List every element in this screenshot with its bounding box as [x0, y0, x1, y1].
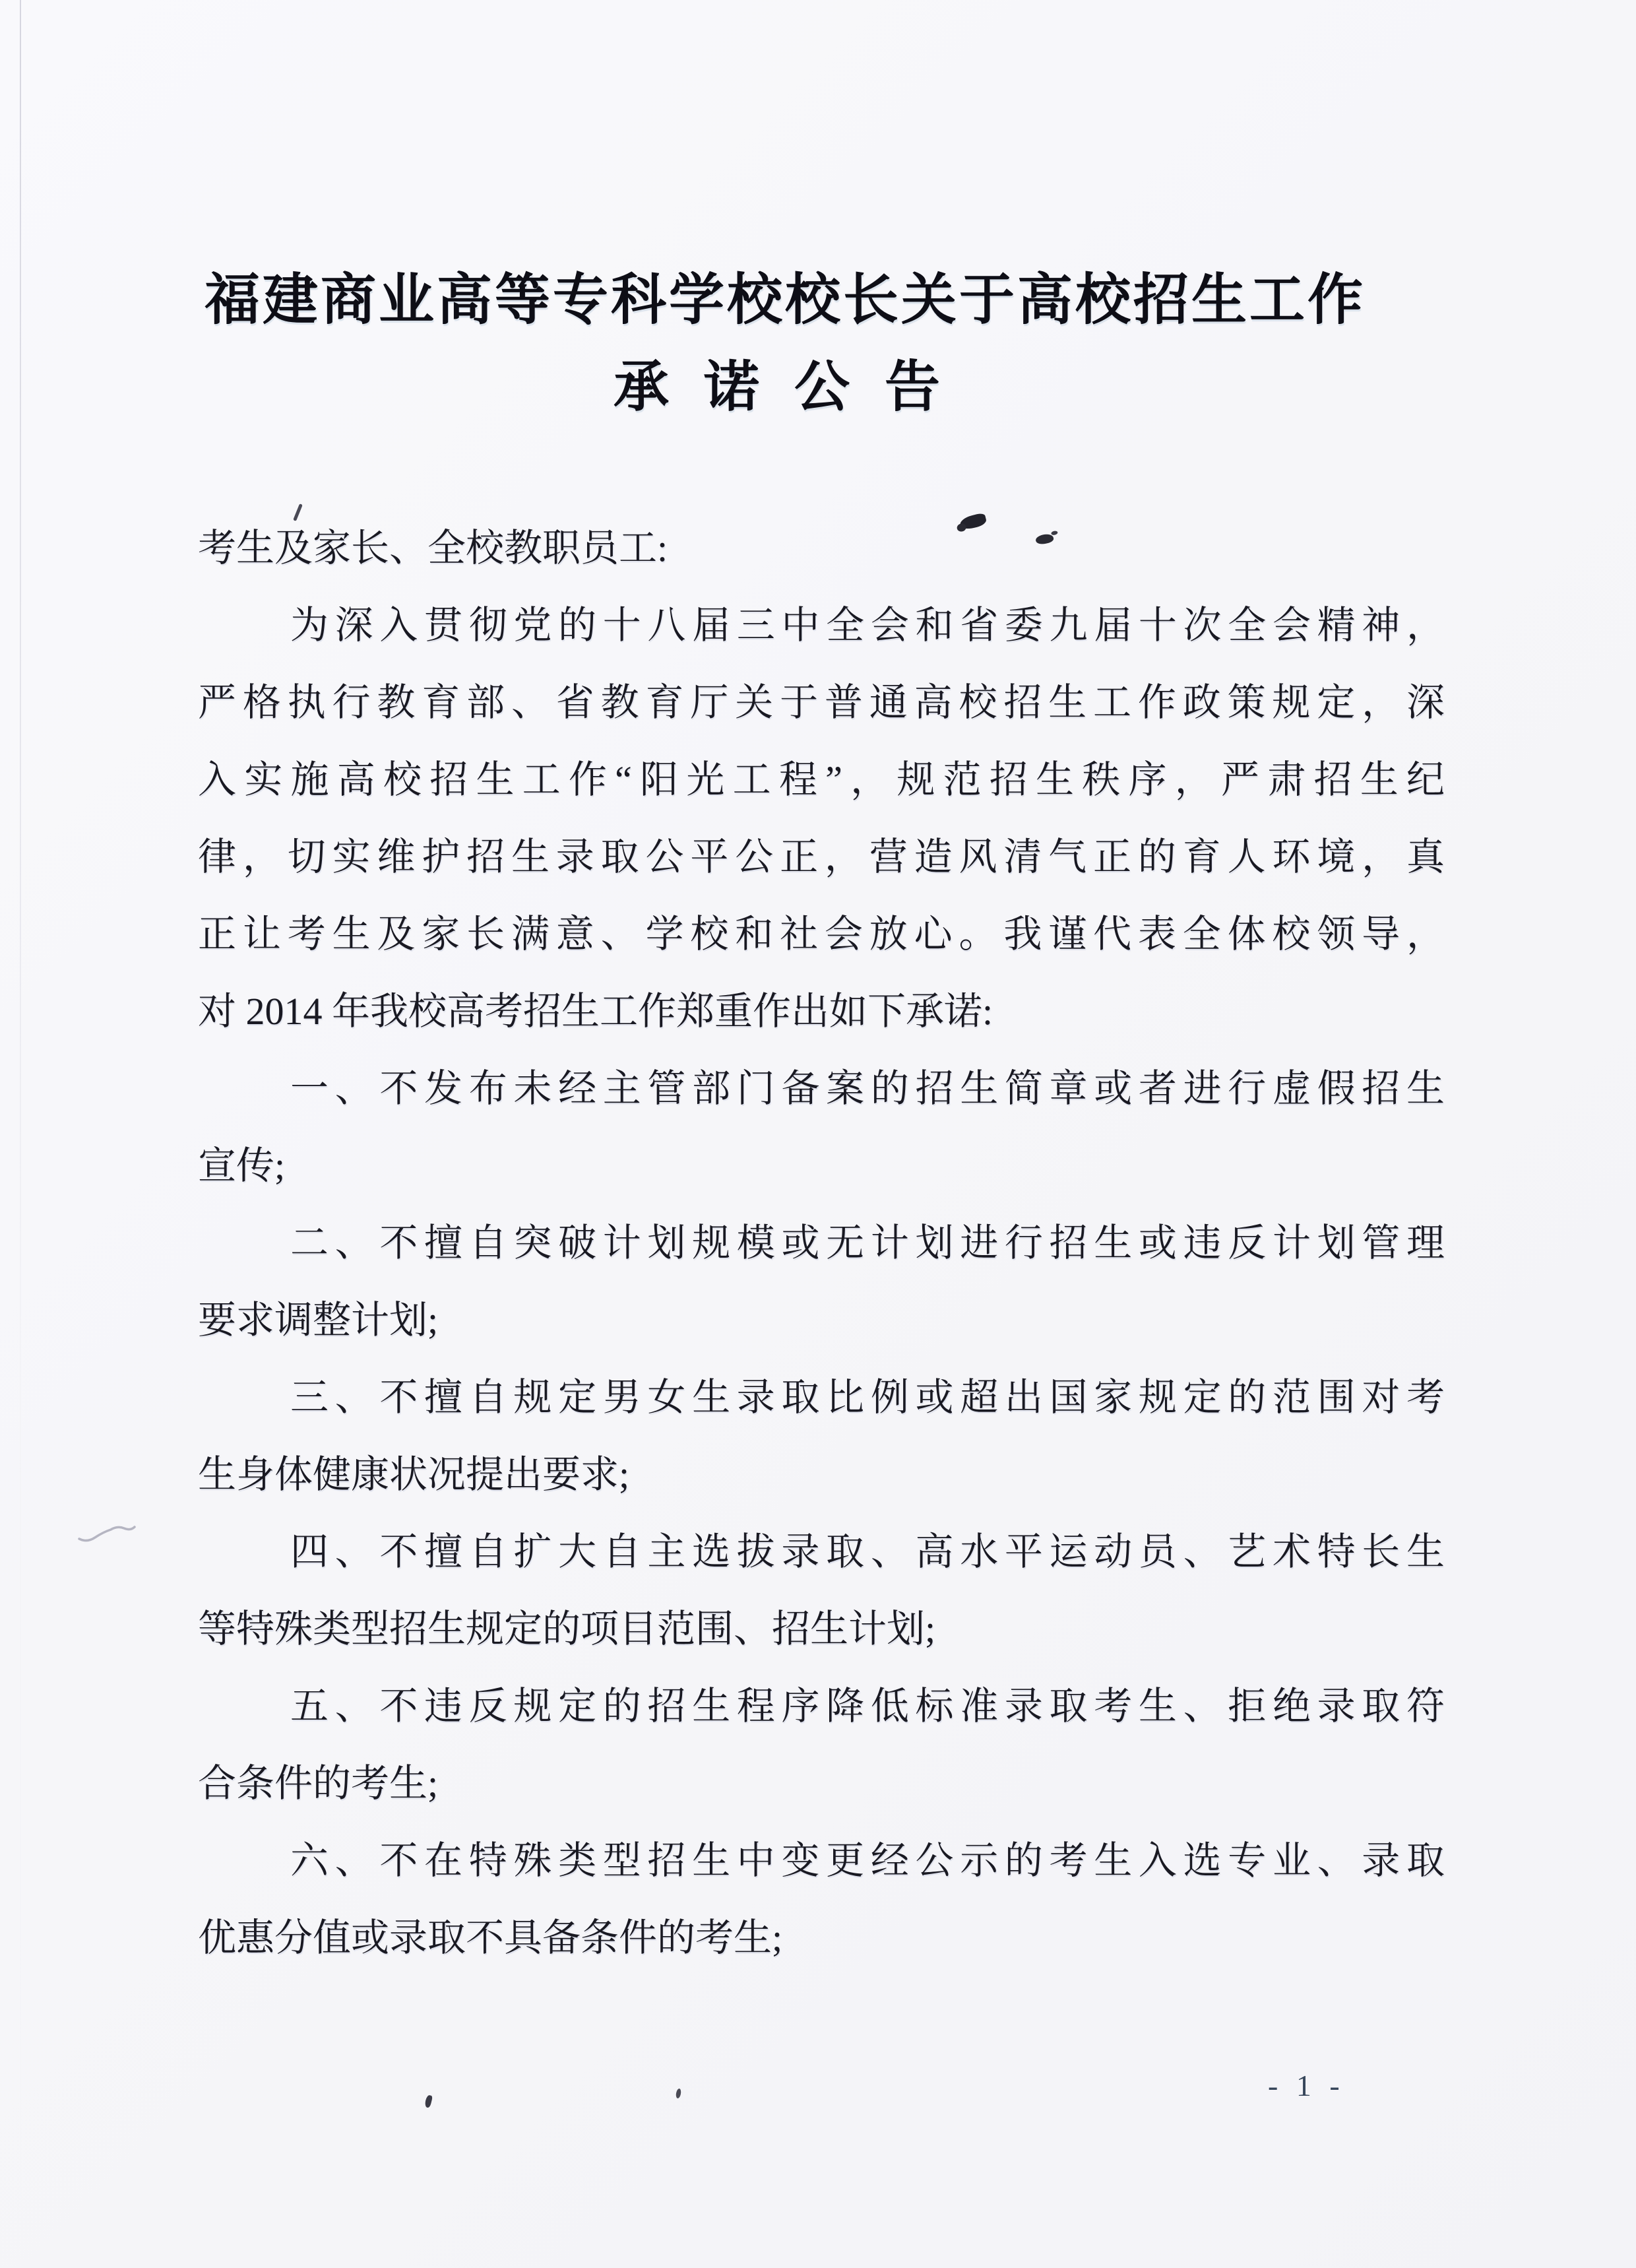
scan-edge-line — [20, 0, 21, 2268]
salutation-line: 考生及家长、全校教职员工: — [198, 509, 1445, 587]
promise-item-6-cont: 优惠分值或录取不具备条件的考生; — [198, 1899, 1445, 1976]
scanned-document-page: 福建商业高等专科学校校长关于高校招生工作 承 诺 公 告 考生及家长、全校教职员… — [0, 0, 1636, 2268]
promise-item-1: 一、不发布未经主管部门备案的招生简章或者进行虚假招生 — [198, 1050, 1445, 1127]
body-line: 正让考生及家长满意、学校和社会放心。我谨代表全体校领导， — [198, 895, 1445, 973]
document-title-line2: 承 诺 公 告 — [613, 360, 944, 416]
promise-item-3-cont: 生身体健康状况提出要求; — [198, 1436, 1445, 1513]
promise-item-5: 五、不违反规定的招生程序降低标准录取考生、拒绝录取符 — [198, 1668, 1445, 1745]
promise-item-3: 三、不擅自规定男女生录取比例或超出国家规定的范围对考 — [198, 1359, 1445, 1436]
promise-item-1-cont: 宣传; — [198, 1127, 1445, 1204]
promise-item-6: 六、不在特殊类型招生中变更经公示的考生入选专业、录取 — [198, 1822, 1445, 1899]
body-line: 律，切实维护招生录取公平公正，营造风清气正的育人环境，真 — [198, 818, 1445, 895]
page-number: - 1 - — [1268, 2069, 1345, 2103]
pencil-squiggle-mark — [78, 1522, 136, 1547]
document-title-line1: 福建商业高等专科学校校长关于高校招生工作 — [204, 273, 1366, 329]
promise-item-2: 二、不擅自突破计划规模或无计划进行招生或违反计划管理 — [198, 1204, 1445, 1281]
promise-item-5-cont: 合条件的考生; — [198, 1745, 1445, 1822]
body-line: 对 2014 年我校高考招生工作郑重作出如下承诺: — [198, 973, 1445, 1050]
body-line: 为深入贯彻党的十八届三中全会和省委九届十次全会精神， — [198, 587, 1445, 664]
ink-speck-mark — [424, 2094, 433, 2108]
ink-speck-mark — [676, 2089, 681, 2099]
promise-item-4-cont: 等特殊类型招生规定的项目范围、招生计划; — [198, 1590, 1445, 1668]
body-line: 入实施高校招生工作“阳光工程”，规范招生秩序，严肃招生纪 — [198, 741, 1445, 818]
body-line: 严格执行教育部、省教育厅关于普通高校招生工作政策规定，深 — [198, 664, 1445, 741]
promise-item-2-cont: 要求调整计划; — [198, 1281, 1445, 1359]
document-body: 考生及家长、全校教职员工: 为深入贯彻党的十八届三中全会和省委九届十次全会精神，… — [198, 509, 1445, 1976]
promise-item-4: 四、不擅自扩大自主选拔录取、高水平运动员、艺术特长生 — [198, 1513, 1445, 1590]
